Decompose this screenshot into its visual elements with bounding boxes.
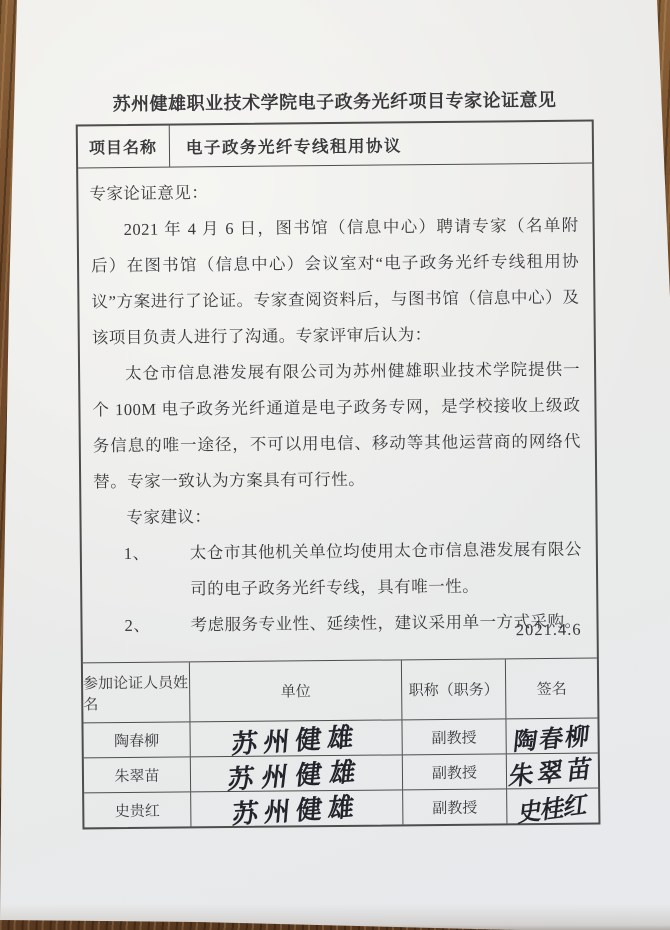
suggestion-heading: 专家建议： <box>93 496 581 537</box>
review-form-table: 项目名称 电子政务光纤专线租用协议 专家论证意见： 2021 年 4 月 6 日… <box>76 120 601 830</box>
participant-row: 史贵红 苏州健雄 副教授 史桂红 <box>84 787 598 827</box>
handwritten-unit: 苏州健雄 <box>231 786 362 831</box>
header-title: 职称（职务） <box>402 659 507 719</box>
expert-opinion-cell: 专家论证意见： 2021 年 4 月 6 日，图书馆（信息中心）聘请专家（名单附… <box>78 164 597 663</box>
participant-unit: 苏州健雄 <box>190 720 402 756</box>
participant-row: 朱翠苗 苏州健雄 副教授 朱翠苗 <box>84 752 598 792</box>
participant-signature: 史桂红 <box>507 788 598 823</box>
opinion-paragraph: 太仓市信息港发展有限公司为苏州健雄职业技术学院提供一个 100M 电子政务光纤通… <box>92 352 581 501</box>
participant-signature: 朱翠苗 <box>507 753 598 788</box>
participant-unit: 苏州健雄 <box>191 790 403 826</box>
suggestion-item: 1、 太仓市其他机关单位均使用太仓市信息港发展有限公司的电子政务光纤专线，具有唯… <box>82 532 597 609</box>
suggestion-number: 2、 <box>124 607 190 644</box>
participants-header-row: 参加论证人员姓名 单位 职称（职务） 签名 <box>83 657 598 722</box>
participant-title: 副教授 <box>403 789 507 824</box>
participant-signature: 陶春柳 <box>506 718 597 753</box>
opinion-heading: 专家论证意见： <box>78 164 592 213</box>
handwritten-signature: 史桂红 <box>517 783 589 828</box>
participant-title: 副教授 <box>403 754 507 789</box>
header-participant-name: 参加论证人员姓名 <box>83 662 191 722</box>
participant-name: 朱翠苗 <box>84 757 191 792</box>
participant-name: 陶春柳 <box>83 722 190 757</box>
opinion-paragraph: 2021 年 4 月 6 日，图书馆（信息中心）聘请专家（名单附后）在图书馆（信… <box>91 208 580 357</box>
project-name-row: 项目名称 电子政务光纤专线租用协议 <box>78 122 592 169</box>
document-title: 苏州健雄职业技术学院电子政务光纤项目专家论证意见 <box>75 86 593 117</box>
participant-row: 陶春柳 苏州健雄 副教授 陶春柳 <box>83 717 597 757</box>
suggestion-number: 1、 <box>124 535 191 608</box>
opinion-date: 2021.4.6 <box>516 612 582 649</box>
project-name-value: 电子政务光纤专线租用协议 <box>170 122 592 167</box>
header-signature: 签名 <box>506 658 598 718</box>
participant-unit: 苏州健雄 <box>191 755 403 791</box>
suggestion-text: 太仓市其他机关单位均使用太仓市信息港发展有限公司的电子政务光纤专线，具有唯一性。 <box>190 532 597 608</box>
participant-name: 史贵红 <box>84 792 191 827</box>
participant-title: 副教授 <box>402 719 506 754</box>
header-unit: 单位 <box>190 660 403 721</box>
project-name-label: 项目名称 <box>78 126 170 168</box>
document-content: 苏州健雄职业技术学院电子政务光纤项目专家论证意见 项目名称 电子政务光纤专线租用… <box>0 0 670 930</box>
